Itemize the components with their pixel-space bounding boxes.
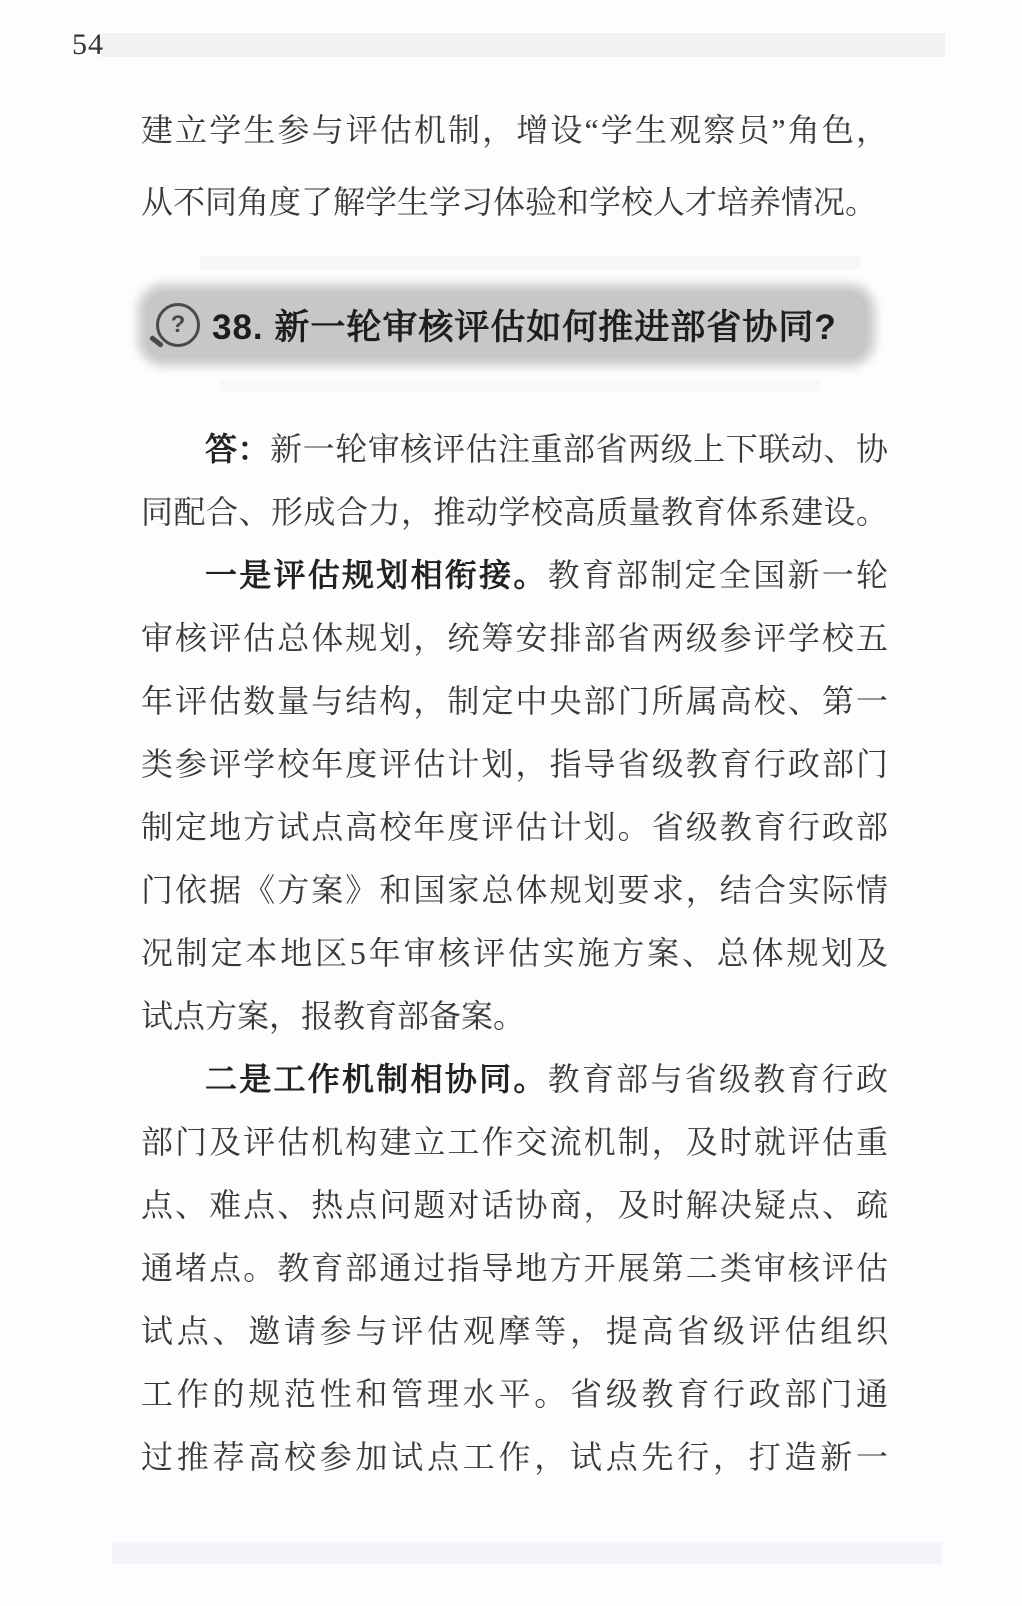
text-line: 部门及评估机构建立工作交流机制，及时就评估重 — [141, 1111, 888, 1174]
text-line: 审核评估总体规划，统筹安排部省两级参评学校五 — [141, 607, 888, 670]
bold-lead-in: 一是评估规划相衔接。 — [205, 557, 548, 593]
text-line: 制定地方试点高校年度评估计划。省级教育行政部 — [141, 796, 888, 859]
bold-lead-in: 二是工作机制相协同。 — [205, 1061, 548, 1097]
question-text: 新一轮审核评估如何推进部省协同? — [274, 308, 836, 347]
text-line: 通堵点。教育部通过指导地方开展第二类审核评估 — [141, 1237, 888, 1300]
text-line: 同配合、形成合力，推动学校高质量教育体系建设。 — [141, 481, 888, 544]
text-line: 建立学生参与评估机制，增设“学生观察员”角色， — [141, 94, 888, 166]
text-line: 二是工作机制相协同。教育部与省级教育行政 — [141, 1048, 888, 1111]
text-line: 门依据《方案》和国家总体规划要求，结合实际情 — [141, 859, 888, 922]
scan-artifact-band — [220, 380, 820, 392]
text-line: 试点方案，报教育部备案。 — [141, 985, 888, 1048]
scan-artifact-band — [100, 33, 945, 57]
scan-artifact-band — [200, 256, 860, 270]
text-line: 点、难点、热点问题对话协商，及时解决疑点、疏 — [141, 1174, 888, 1237]
question-number: 38. — [212, 308, 264, 347]
scanned-book-page: 54 建立学生参与评估机制，增设“学生观察员”角色，从不同角度了解学生学习体验和… — [0, 0, 1022, 1606]
text-line: 过推荐高校参加试点工作，试点先行，打造新一 — [141, 1426, 888, 1489]
bold-lead-in: 答： — [205, 431, 270, 467]
question-magnifier-icon: ? — [156, 303, 200, 347]
answer-section: 答：新一轮审核评估注重部省两级上下联动、协同配合、形成合力，推动学校高质量教育体… — [141, 418, 888, 1489]
intro-paragraph: 建立学生参与评估机制，增设“学生观察员”角色，从不同角度了解学生学习体验和学校人… — [141, 94, 888, 238]
text-line: 类参评学校年度评估计划，指导省级教育行政部门 — [141, 733, 888, 796]
scan-artifact-band — [112, 1542, 942, 1564]
question-heading: ? 38. 新一轮审核评估如何推进部省协同? — [146, 292, 867, 358]
text-line: 试点、邀请参与评估观摩等，提高省级评估组织 — [141, 1300, 888, 1363]
text-line: 答：新一轮审核评估注重部省两级上下联动、协 — [141, 418, 888, 481]
text-line: 况制定本地区5年审核评估实施方案、总体规划及 — [141, 922, 888, 985]
text-line: 从不同角度了解学生学习体验和学校人才培养情况。 — [141, 166, 888, 238]
page-number: 54 — [72, 28, 104, 62]
text-line: 一是评估规划相衔接。教育部制定全国新一轮 — [141, 544, 888, 607]
question-title: 38. 新一轮审核评估如何推进部省协同? — [212, 300, 837, 350]
text-line: 年评估数量与结构，制定中央部门所属高校、第一 — [141, 670, 888, 733]
text-line: 工作的规范性和管理水平。省级教育行政部门通 — [141, 1363, 888, 1426]
